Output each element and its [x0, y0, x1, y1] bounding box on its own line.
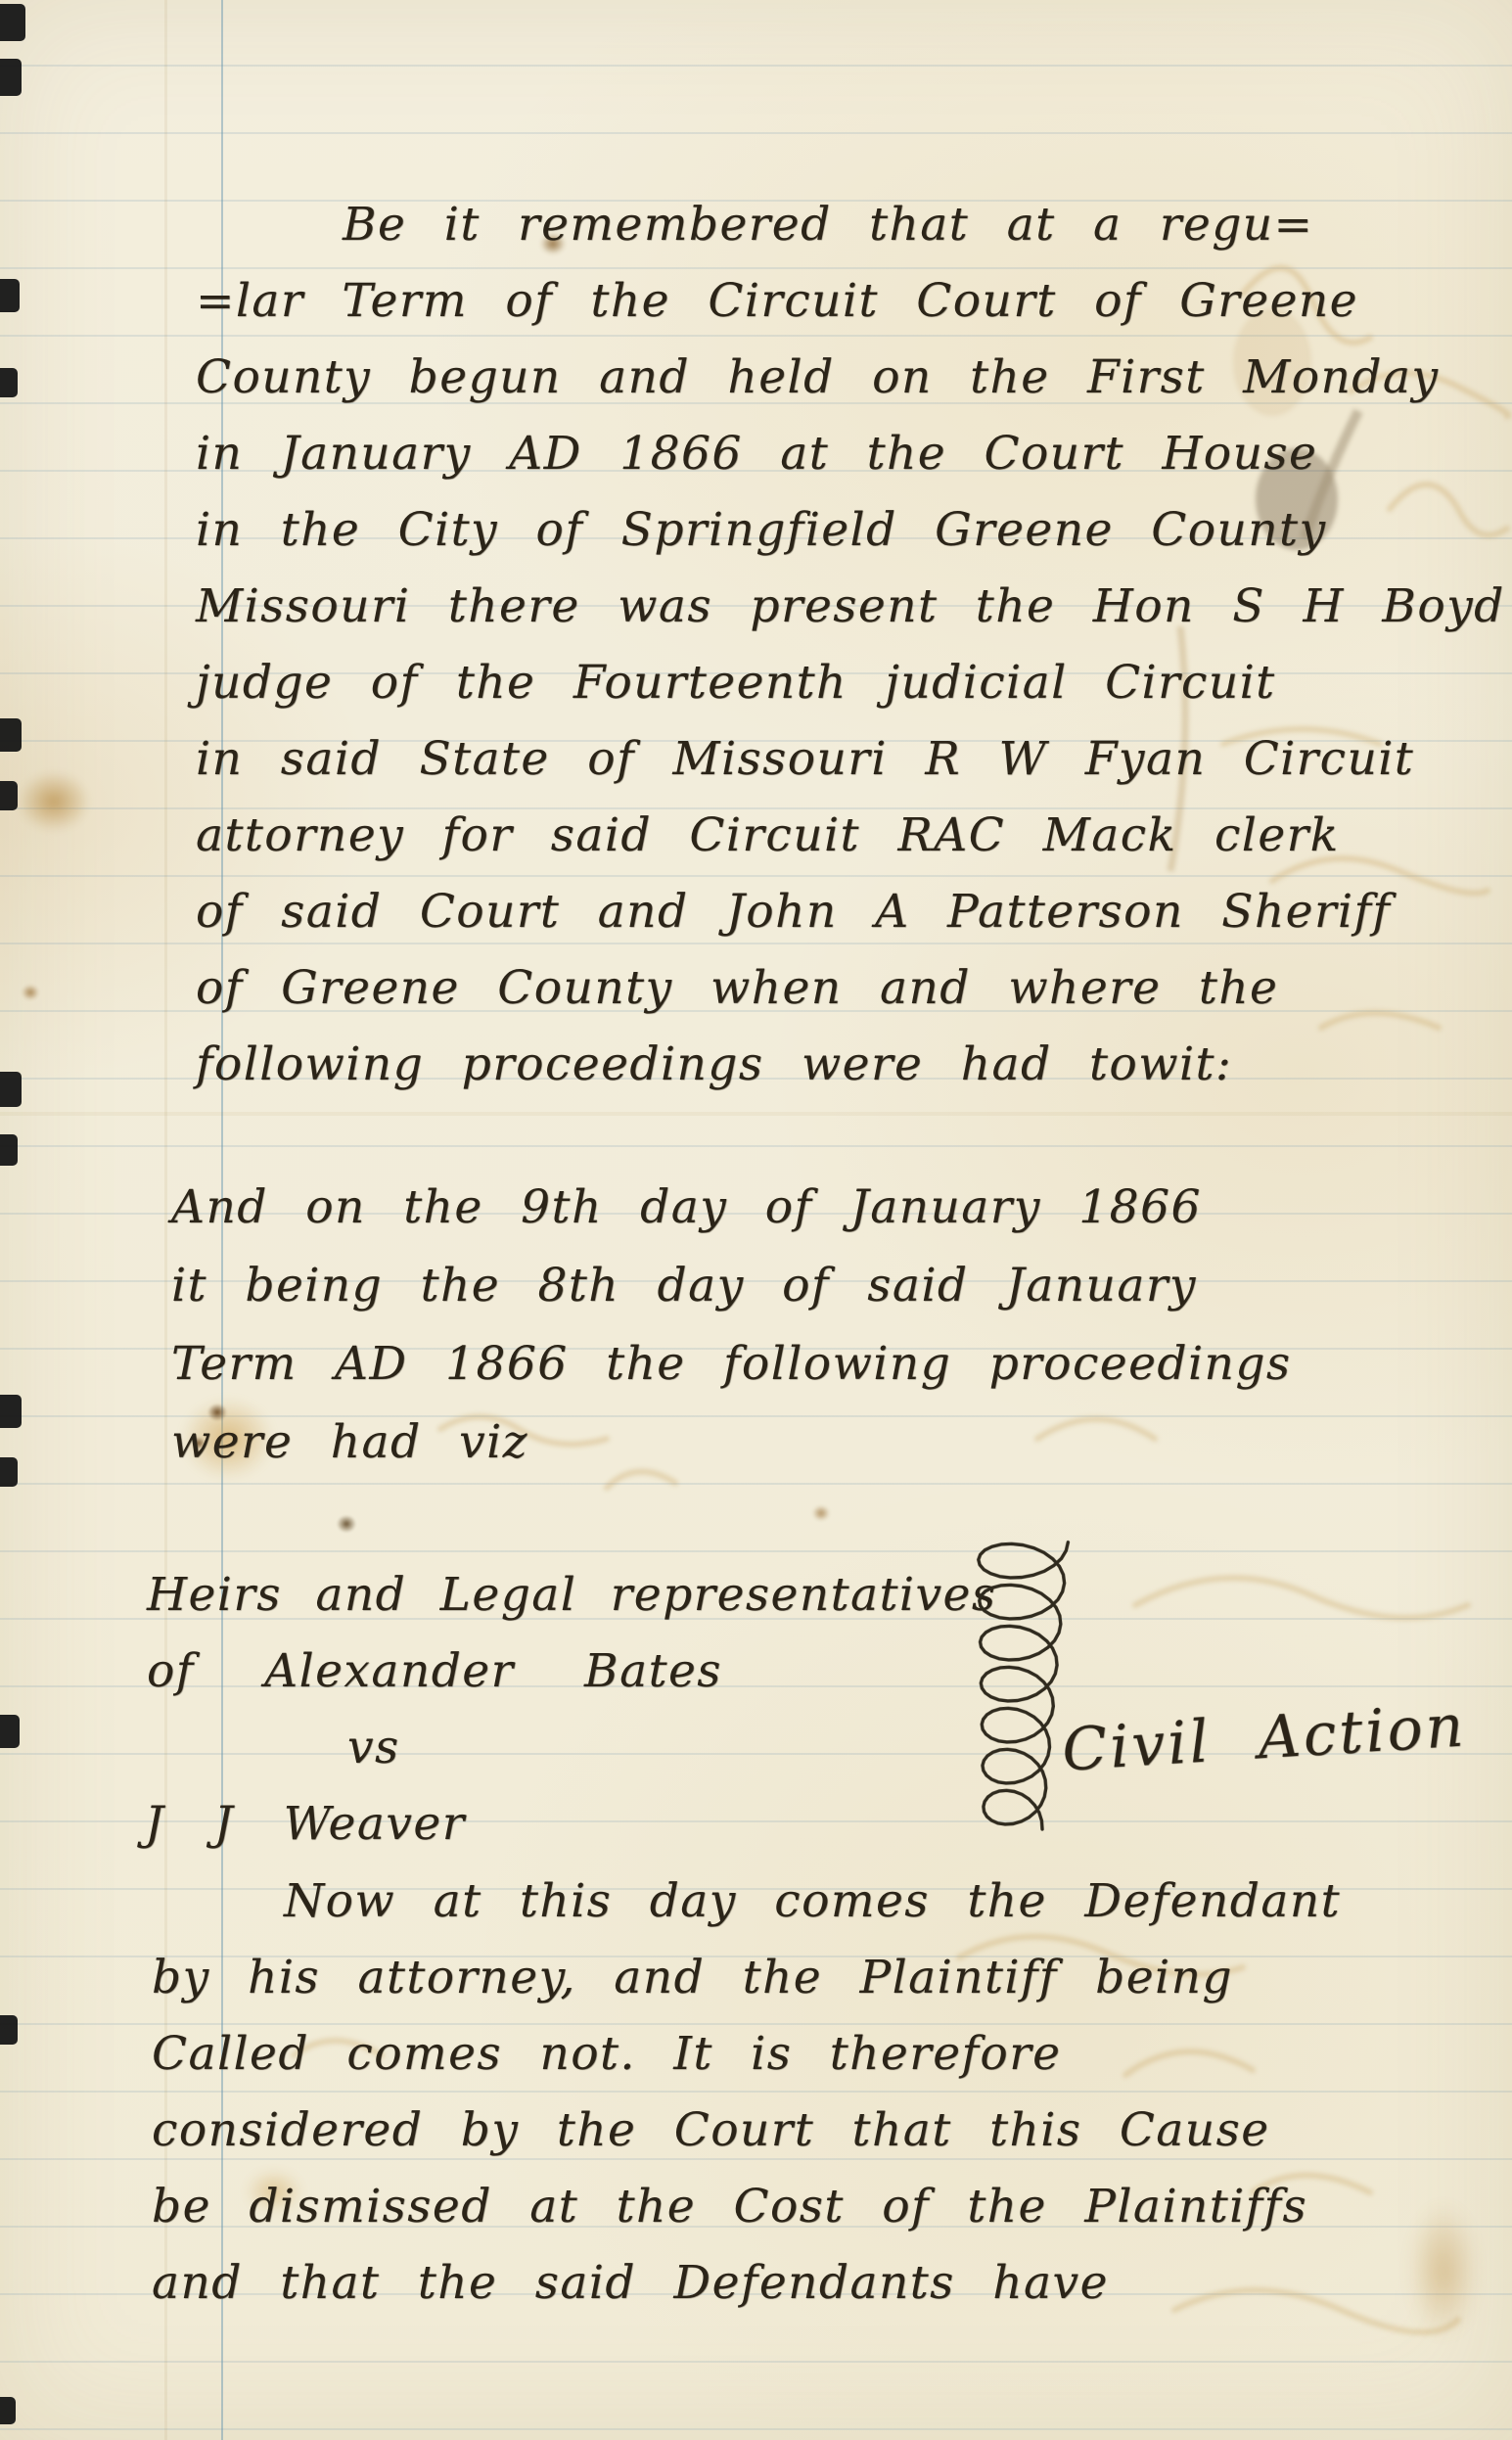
handwritten-line: by his attorney, and the Plaintiff being [152, 1940, 1341, 2016]
document-page: Be it remembered that at a regu==lar Ter… [0, 0, 1512, 2440]
scan-artifact [0, 2397, 16, 2424]
scan-artifact [0, 279, 20, 312]
handwritten-line: and that the said Defendants have [152, 2245, 1341, 2322]
handwritten-line: And on the 9th day of January 1866 [171, 1169, 1292, 1247]
scan-artifact [0, 781, 18, 810]
scan-artifact [0, 1715, 20, 1748]
handwritten-line: in the City of Springfield Greene County [196, 492, 1505, 569]
handwritten-line: in said State of Missouri R W Fyan Circu… [196, 721, 1505, 798]
scan-artifact [0, 4, 25, 41]
handwritten-line: it being the 8th day of said January [171, 1247, 1292, 1325]
scan-artifact [0, 1457, 18, 1487]
scan-artifact [0, 2015, 18, 2045]
handwritten-line: considered by the Court that this Cause [152, 2093, 1341, 2169]
scan-artifact [0, 718, 22, 752]
date-paragraph: And on the 9th day of January 1866it bei… [171, 1169, 1292, 1482]
plaintiff-name-line: Heirs and Legal representatives [147, 1557, 996, 1634]
scan-artifact [0, 1134, 18, 1166]
handwritten-line: following proceedings were had towit: [196, 1027, 1505, 1103]
handwritten-line: County begun and held on the First Monda… [196, 340, 1505, 416]
handwritten-line: Missouri there was present the Hon S H B… [196, 569, 1505, 645]
handwritten-line: of Greene County when and where the [196, 950, 1505, 1027]
versus-label: vs [347, 1710, 400, 1786]
handwritten-line: attorney for said Circuit RAC Mack clerk [196, 798, 1505, 874]
handwritten-line: of said Court and John A Patterson Sheri… [196, 874, 1505, 950]
scan-artifact [0, 1072, 22, 1107]
handwritten-line: judge of the Fourteenth judicial Circuit [196, 645, 1505, 721]
handwritten-line: =lar Term of the Circuit Court of Greene [196, 263, 1505, 340]
scan-artifact [0, 1395, 22, 1428]
handwritten-line: Called comes not. It is therefore [152, 2016, 1341, 2093]
scan-artifact [0, 59, 22, 96]
plaintiff-name-line: of Alexander Bates [147, 1634, 722, 1710]
brace-squiggle-icon [948, 1521, 1087, 1863]
opening-paragraph: Be it remembered that at a regu==lar Ter… [196, 187, 1505, 1103]
handwritten-line: Now at this day comes the Defendant [152, 1864, 1341, 1940]
handwritten-line: in January AD 1866 at the Court House [196, 416, 1505, 492]
handwritten-line: be dismissed at the Cost of the Plaintif… [152, 2169, 1341, 2245]
defendant-name: J J Weaver [145, 1786, 466, 1863]
handwritten-line: were had viz [171, 1404, 1292, 1482]
handwritten-line: Term AD 1866 the following proceedings [171, 1325, 1292, 1404]
scan-artifact [0, 368, 18, 397]
handwritten-line: Be it remembered that at a regu= [196, 187, 1505, 263]
order-paragraph: Now at this day comes the Defendantby hi… [152, 1864, 1341, 2322]
